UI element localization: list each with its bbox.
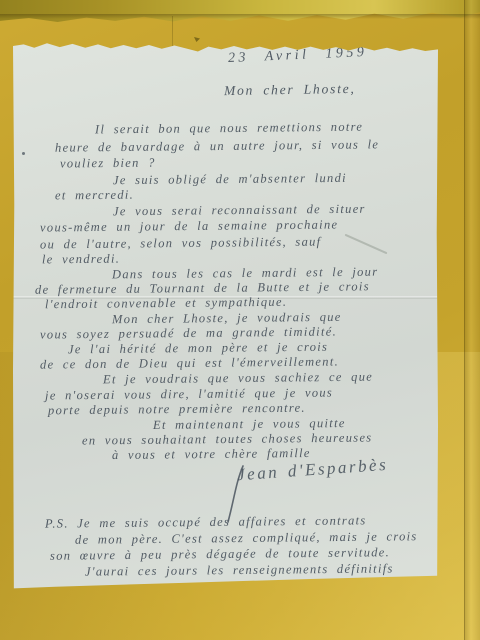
letter-line: vouliez bien ? [60,155,156,171]
letter-line: et mercredi. [55,188,134,204]
paper-crease [345,234,388,255]
letter-line: Il serait bon que nous remettions notre [95,120,363,138]
letter-line: Je suis obligé de m'absenter lundi [113,171,347,188]
ink-dot [22,152,25,155]
letter-line: le vendredi. [42,252,120,268]
torn-edge-shadow [0,14,480,19]
letter-line: en vous souhaitant toutes choses heureus… [82,430,373,448]
letter-line: ou de l'autre, selon vos possibilités, s… [40,235,322,253]
letter-line: porte depuis notre première rencontre. [48,401,306,419]
letter-line: heure de bavardage à un autre jour, si v… [55,137,379,155]
letter-photograph: 23 Avril 1959 Mon cher Lhoste, Il serait… [0,0,480,640]
letter-salutation: Mon cher Lhoste, [224,81,356,99]
letter-line: vous-même un jour de la semaine prochain… [40,217,338,235]
letter-line: J'aurai ces jours les renseignements déf… [85,561,394,579]
letter-paper: 23 Avril 1959 Mon cher Lhoste, Il serait… [13,40,438,590]
background-page-edge [464,0,480,640]
letter-line: l'endroit convenable et sympathique. [45,295,287,313]
letter-line: P.S. Je me suis occupé des affaires et c… [45,513,367,531]
